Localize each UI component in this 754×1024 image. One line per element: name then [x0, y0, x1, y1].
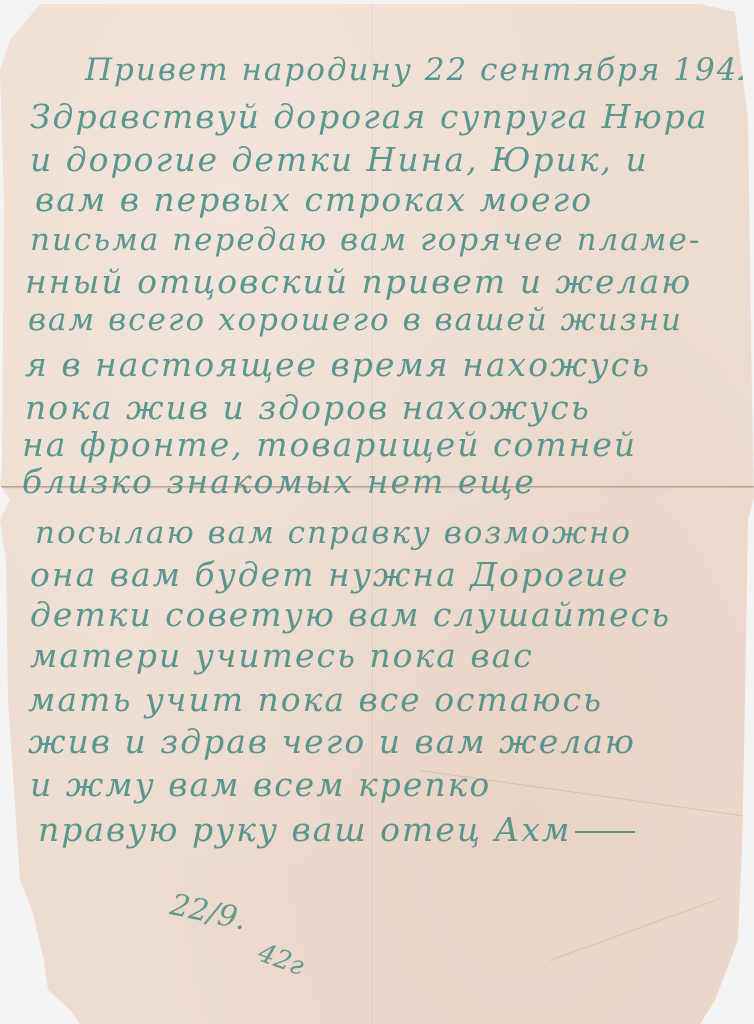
letter-line-9: пока жив и здоров нахожусь [25, 388, 591, 427]
letter-line-17: жив и здрав чего и вам желаю [28, 722, 636, 761]
letter-paper: Привет народину 22 сентября 1942г. Здрав… [0, 0, 754, 1024]
letter-line-10: на фронте, товарищей сотней [22, 425, 637, 464]
letter-line-4: вам в первых строках моего [35, 180, 593, 219]
letter-line-16: мать учит пока все остаюсь [28, 680, 603, 719]
letter-line-6: нный отцовский привет и желаю [25, 262, 692, 301]
letter-line-13: она вам будет нужна Дорогие [30, 555, 629, 594]
footer-note-year: 42г [254, 938, 308, 982]
footer-note-date: 22/9. [167, 887, 250, 937]
letter-line-18: и жму вам всем крепко [30, 765, 491, 804]
letter-line-8: я в настоящее время нахожусь [25, 345, 651, 384]
letter-line-12: посылаю вам справку возможно [35, 515, 632, 551]
letter-line-2: Здравствуй дорогая супруга Нюра [30, 97, 708, 136]
letter-line-3: и дорогие детки Нина, Юрик, и [30, 140, 649, 179]
letter-line-11: близко знакомых нет еще [22, 462, 536, 501]
letter-line-1: Привет народину 22 сентября 1942г. [85, 52, 754, 88]
signature-dash [575, 831, 635, 833]
letter-line-15: матери учитесь пока вас [30, 636, 534, 675]
letter-line-5: письма передаю вам горячее пламе- [30, 222, 701, 258]
letter-line-19: правую руку ваш отец Ахм [38, 810, 635, 849]
letter-line-19-text: правую руку ваш отец Ахм [38, 810, 571, 849]
letter-line-7: вам всего хорошего в вашей жизни [28, 302, 683, 338]
letter-line-14: детки советую вам слушайтесь [30, 595, 671, 634]
crease-line [550, 898, 719, 961]
